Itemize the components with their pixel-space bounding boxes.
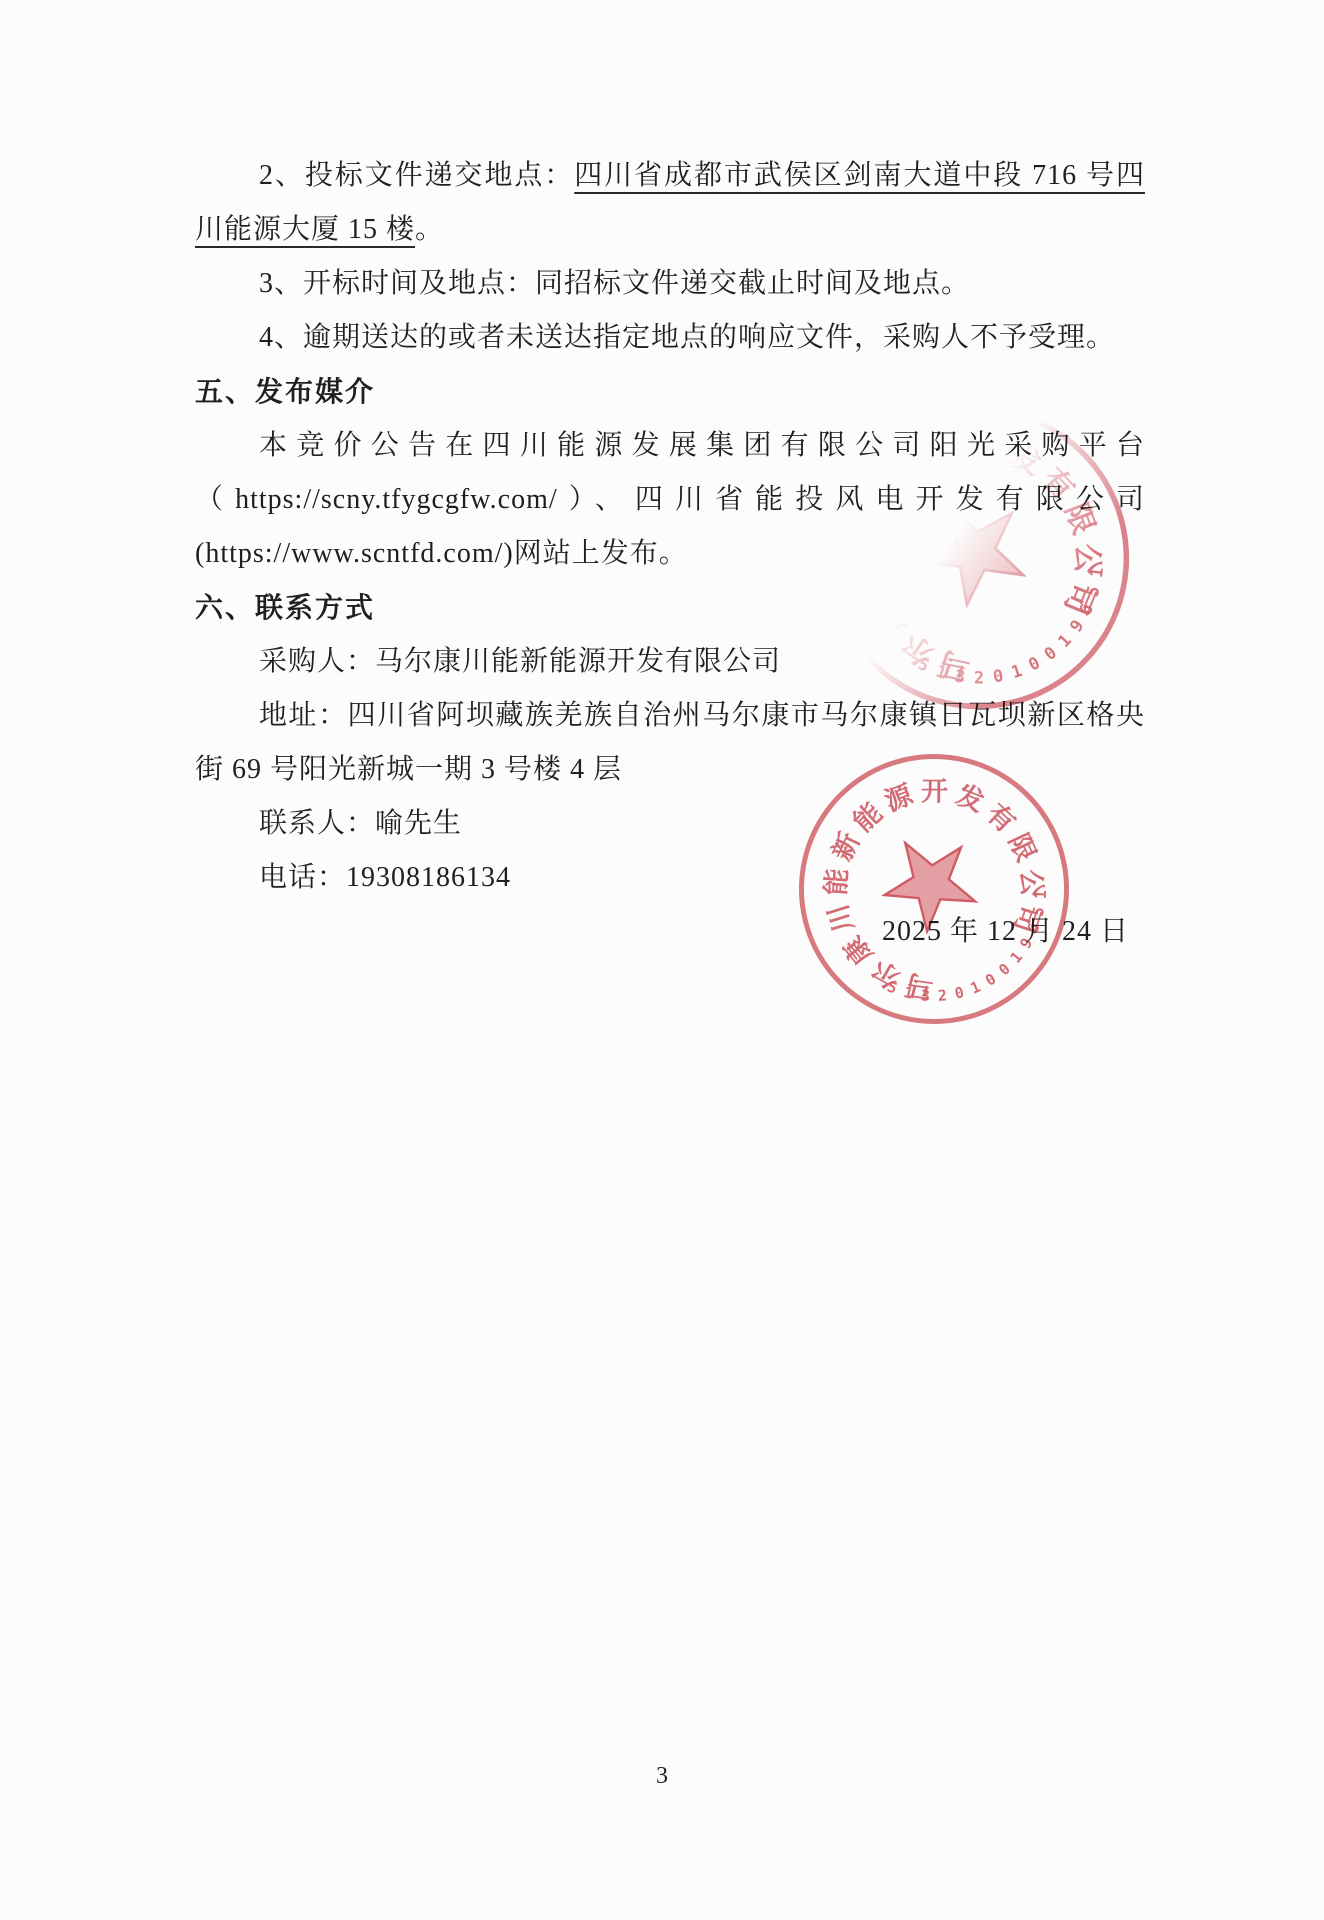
section-heading-media: 五、发布媒介 <box>195 365 1145 419</box>
contact-phone: 电话：19308186134 <box>195 851 1145 905</box>
stamp-serial-char: 2 <box>937 986 947 1005</box>
stamp-serial-char: 1 <box>968 978 983 998</box>
stamp-ring-char: 马 <box>904 967 936 1009</box>
contact-purchaser: 采购人：马尔康川能新能源开发有限公司 <box>195 635 1145 689</box>
line-text: 。 <box>415 214 444 245</box>
signature-date: 2025 年 12 月 24 日 <box>195 905 1145 959</box>
contact-person: 联系人：喻先生 <box>195 797 1145 851</box>
contact-address-2: 街 69 号阳光新城一期 3 号楼 4 层 <box>195 743 1145 797</box>
paragraph-media-1: 本竞价公告在四川能源发展集团有限公司阳光采购平台 <box>195 419 1145 473</box>
stamp-serial-char: 1 <box>902 983 915 1003</box>
section-heading-contact: 六、联系方式 <box>195 581 1145 635</box>
document-body: 2、投标文件递交地点：四川省成都市武侯区剑南大道中段 716 号四 川能源大厦 … <box>195 149 1145 959</box>
paragraph-bid-opening: 3、开标时间及地点：同招标文件递交截止时间及地点。 <box>195 257 1145 311</box>
stamp-serial-char: 5 <box>885 977 900 997</box>
underlined-address-part2: 川能源大厦 15 楼 <box>195 214 415 245</box>
stamp-serial-char: 3 <box>920 986 930 1005</box>
contact-address-1: 地址：四川省阿坝藏族羌族自治州马尔康市马尔康镇日瓦坝新区格央 <box>195 689 1145 743</box>
stamp-ring-char: 尔 <box>863 952 906 999</box>
paragraph-late-delivery: 4、逾期送达的或者未送达指定地点的响应文件，采购人不予受理。 <box>195 311 1145 365</box>
underlined-address-part1: 四川省成都市武侯区剑南大道中段 716 号四 <box>574 160 1145 191</box>
paragraph-media-3-url: (https://www.scntfd.com/)网站上发布。 <box>195 527 1145 581</box>
paragraph-delivery-location-cont: 川能源大厦 15 楼。 <box>195 203 1145 257</box>
document-page: 2、投标文件递交地点：四川省成都市武侯区剑南大道中段 716 号四 川能源大厦 … <box>0 0 1324 1920</box>
stamp-serial-char: 0 <box>953 983 966 1003</box>
stamp-serial-char: 0 <box>982 970 999 990</box>
paragraph-delivery-location: 2、投标文件递交地点：四川省成都市武侯区剑南大道中段 716 号四 <box>195 149 1145 203</box>
line-text: 2、投标文件递交地点： <box>259 160 574 191</box>
paragraph-media-2-url: （https://scny.tfygcgfw.com/）、四川省能投风电开发有限… <box>195 473 1145 527</box>
stamp-serial-char: 0 <box>995 960 1014 979</box>
page-number: 3 <box>0 1756 1324 1796</box>
